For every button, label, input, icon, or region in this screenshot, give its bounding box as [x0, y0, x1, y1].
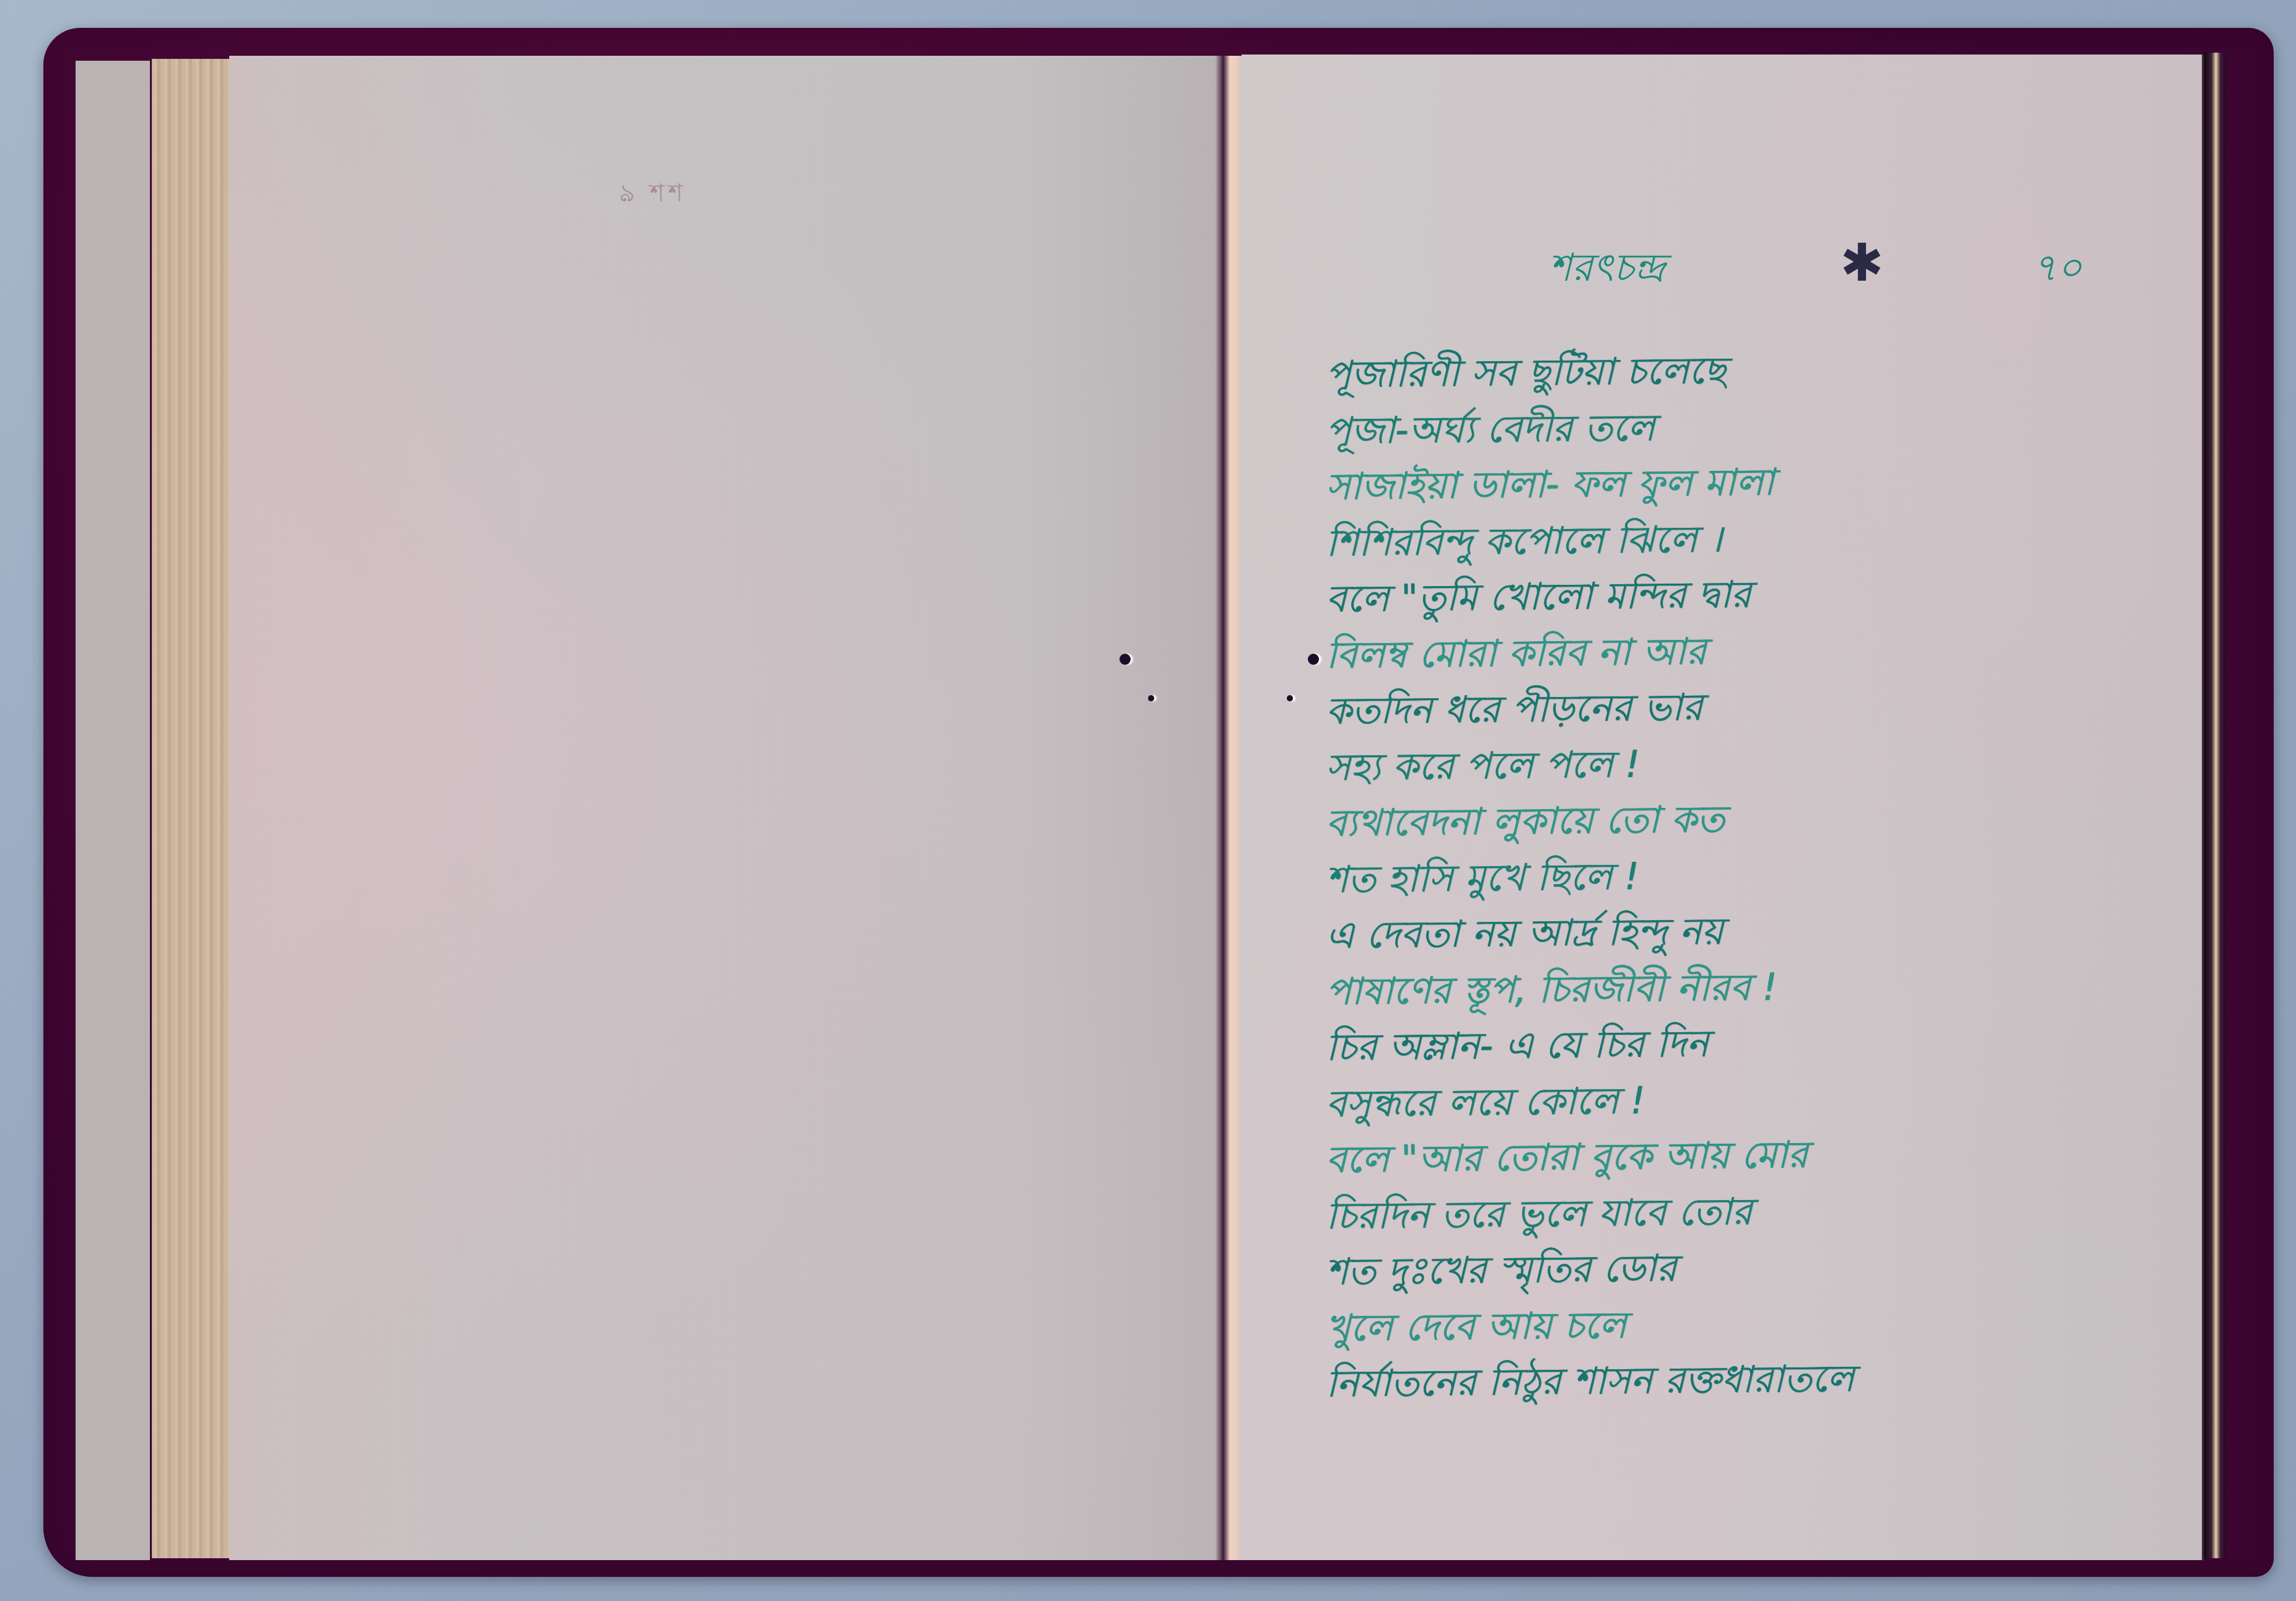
poem-line: কতদিন ধরে পীড়নের ভার [1326, 674, 2194, 739]
poem-line: বসুন্ধরে লয়ে কোলে ! [1326, 1067, 2194, 1132]
binding-hole [1287, 695, 1293, 701]
poem-line: চিরদিন তরে ভুলে যাবে তোর [1326, 1179, 2194, 1244]
asterisk-mark-icon: ✱ [1840, 232, 1883, 293]
poem-line: এ দেবতা নয় আর্দ্র হিন্দু নয় [1326, 898, 2194, 963]
binding-hole [1308, 654, 1319, 665]
bleed-through-text: ঌ শশ [620, 173, 686, 215]
poem-line: খুলে দেবে আয় চলে [1326, 1291, 2194, 1356]
left-page: ঌ শশ [229, 56, 1216, 1560]
poem-line: পূজা-অর্ঘ্য বেদীর তলে [1326, 394, 2194, 459]
poem-line: শিশিরবিন্দু কপোলে ঝিলে । [1326, 506, 2194, 571]
poem-line: বলে "তুমি খোলো মন্দির দ্বার [1326, 562, 2194, 627]
flyleaf-strip [76, 61, 150, 1560]
poem-line: সহ্য করে পলে পলে ! [1326, 730, 2194, 796]
poem-line: চির অম্লান- এ যে চির দিন [1326, 1011, 2194, 1076]
page-title: শরৎচন্দ্র [1549, 239, 1665, 302]
page-edges-left [152, 59, 229, 1558]
poem-line: ব্যথাবেদনা লুকায়ে তো কত [1326, 786, 2194, 851]
page-header: শরৎচন্দ্র ✱ ৭০ [1549, 239, 2168, 307]
poem-line: শত হাসি মুখে ছিলে ! [1326, 843, 2194, 908]
page-number: ৭০ [2032, 239, 2082, 302]
poem-line: সাজাইয়া ডালা- ফল ফুল মালা [1326, 450, 2194, 515]
book-spine [1216, 56, 1242, 1560]
poem-line: বিলম্ব মোরা করিব না আর [1326, 618, 2194, 683]
poem-line: শত দুঃখের স্মৃতির ডোর [1326, 1235, 2194, 1300]
binding-hole [1120, 654, 1131, 665]
scanned-notebook: ঌ শশ শরৎচন্দ্র ✱ ৭০ পূজারিণী সব ছুটিয়া … [0, 0, 2296, 1601]
poem-line: বলে "আর তোরা বুকে আয় মোর [1326, 1123, 2194, 1188]
poem-line: পূজারিণী সব ছুটিয়া চলেছে [1326, 338, 2194, 403]
binding-hole [1148, 695, 1154, 701]
poem-text: পূজারিণী সব ছুটিয়া চলেছে পূজা-অর্ঘ্য বে… [1326, 347, 2193, 1413]
page-edges-right [2204, 53, 2226, 1558]
poem-line: নির্যাতনের নিঠুর শাসন রক্তধারাতলে [1326, 1347, 2194, 1412]
poem-line: পাষাণের স্তূপ, চিরজীবী নীরব ! [1326, 955, 2194, 1020]
